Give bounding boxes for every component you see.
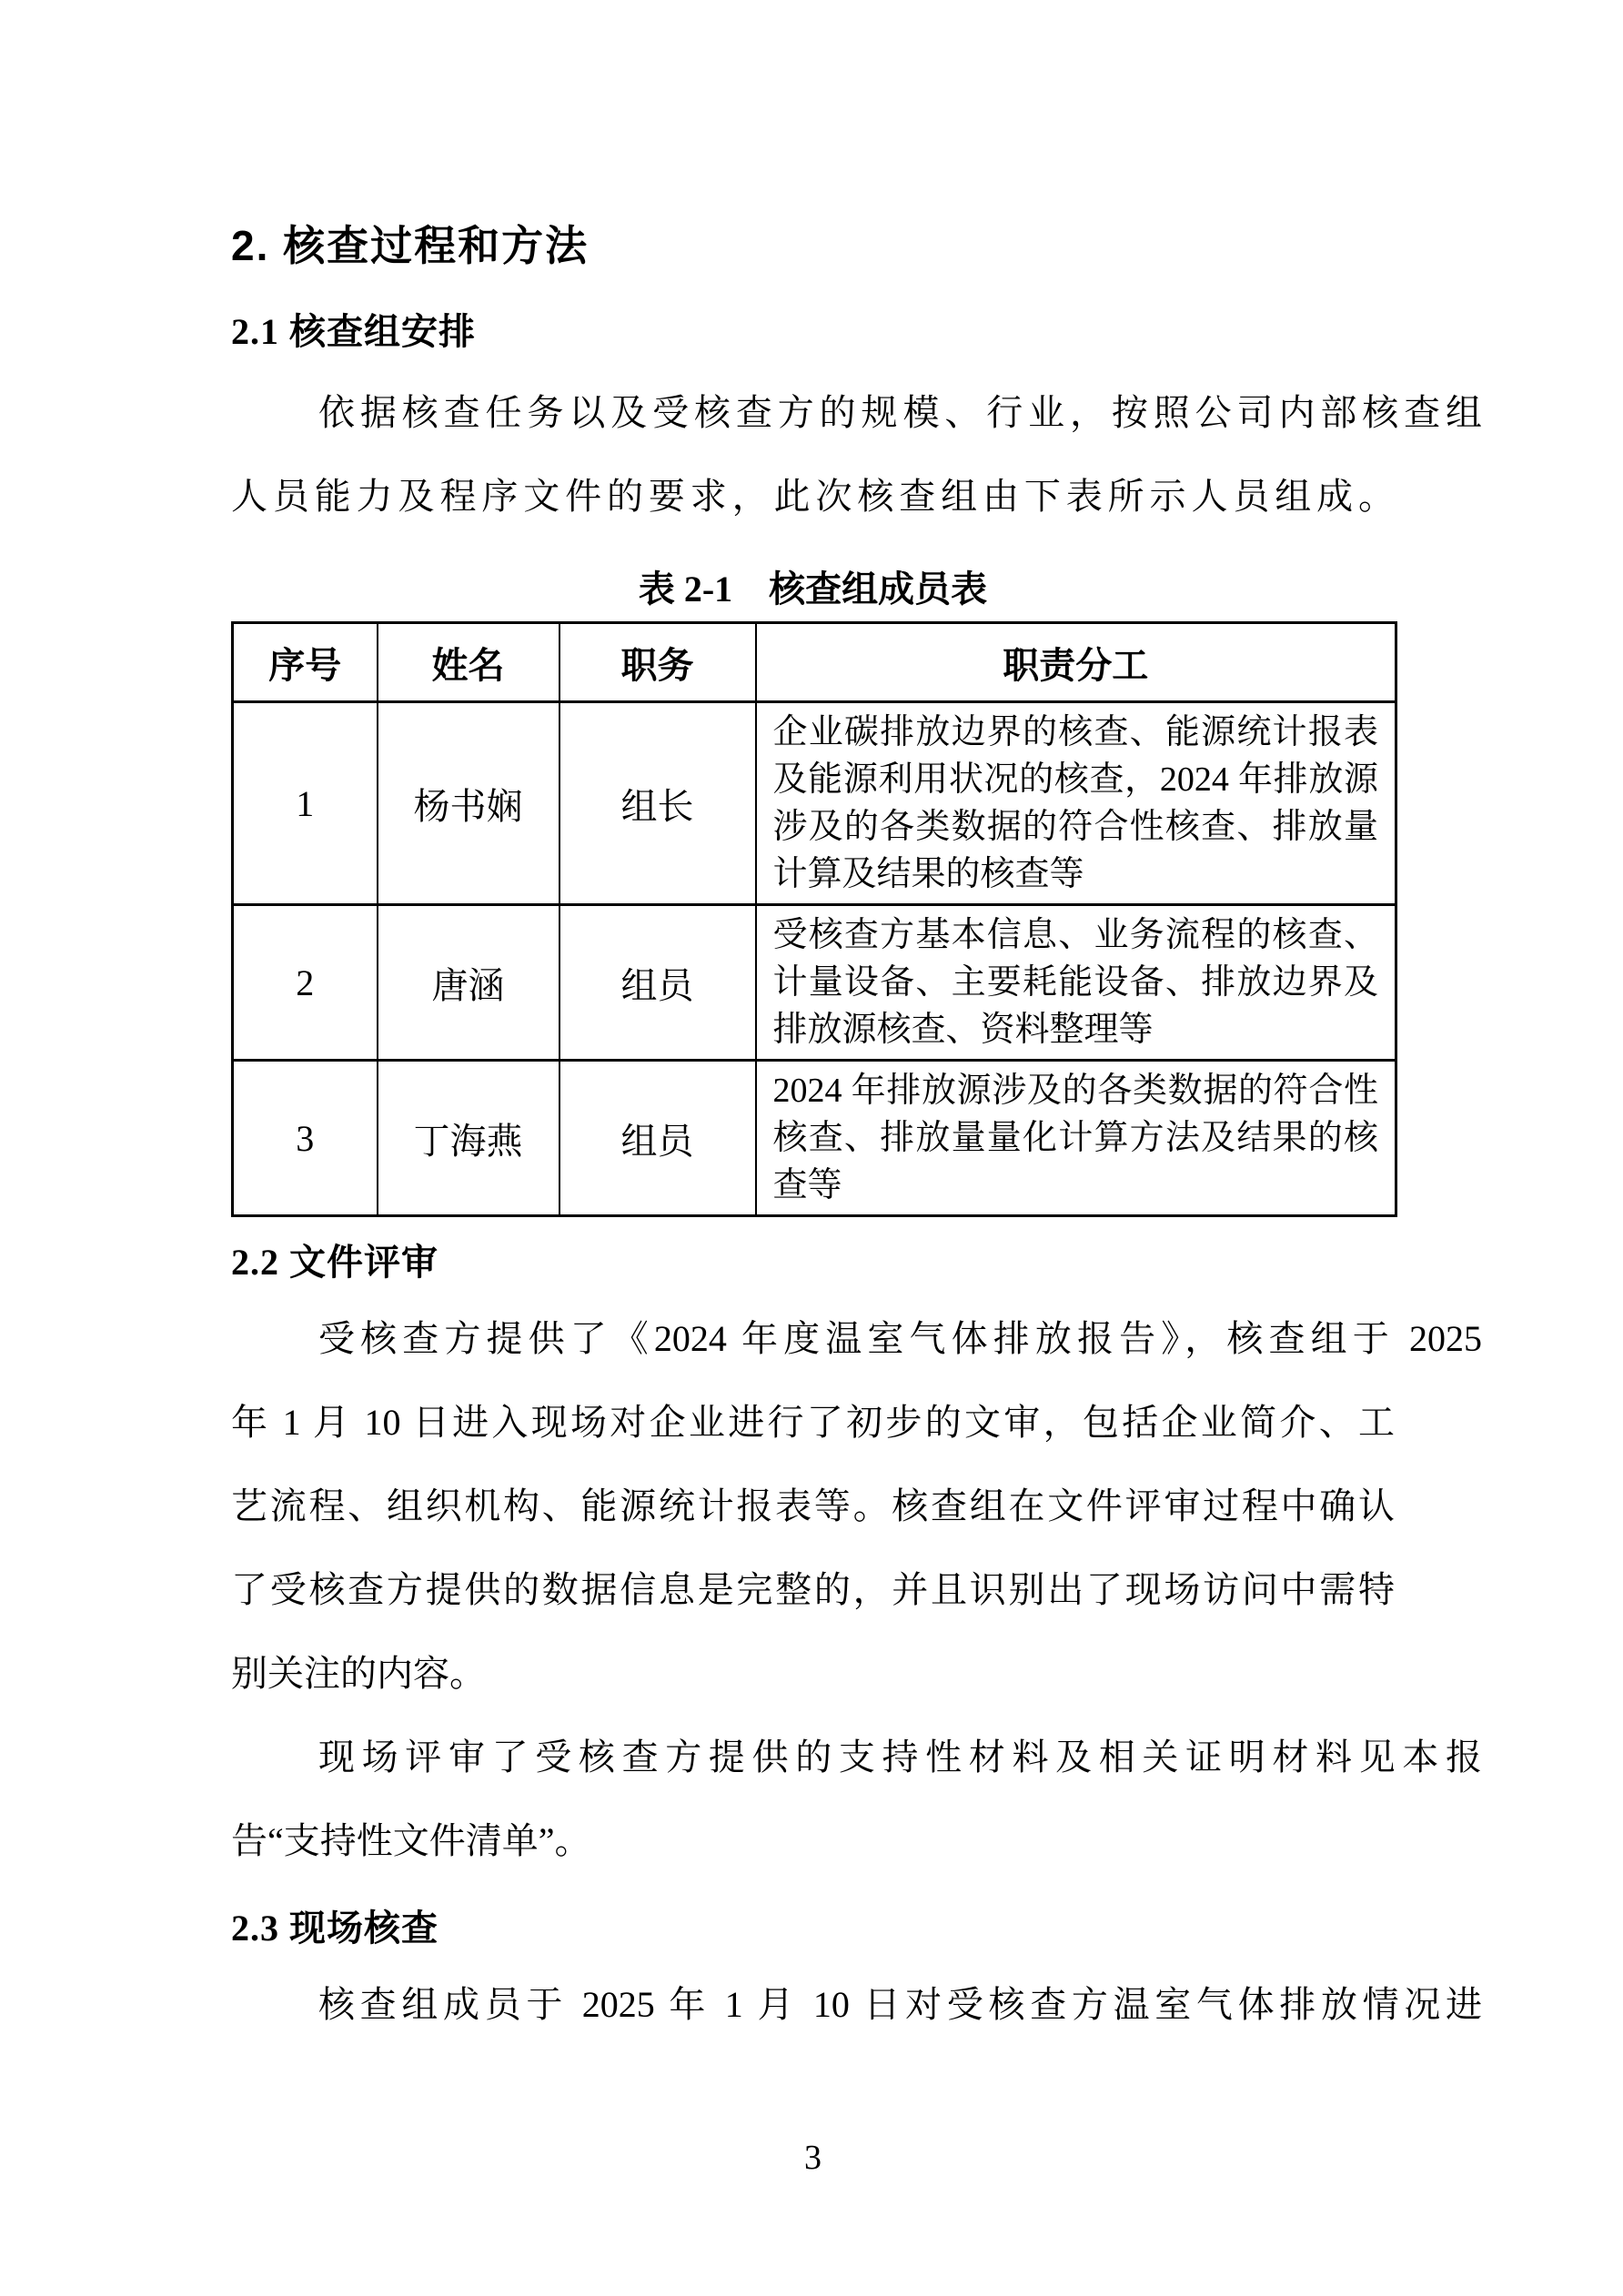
- table-cell-name: 唐涵: [378, 905, 559, 1061]
- table-header-name: 姓名: [378, 623, 559, 702]
- table-cell-serial: 3: [233, 1061, 378, 1216]
- table-cell-duties: 2024 年排放源涉及的各类数据的符合性核查、排放量量化计算方法及结果的核查等: [756, 1061, 1396, 1216]
- paragraph-line: 了受核查方提供的数据信息是完整的，并且识别出了现场访问中需特: [231, 1568, 1395, 1612]
- paragraph-line: 告“支持性文件清单”。: [231, 1819, 1395, 1863]
- paragraph-line: 年 1 月 10 日进入现场对企业进行了初步的文审，包括企业简介、工: [231, 1401, 1395, 1445]
- table-row: 2 唐涵 组员 受核查方基本信息、业务流程的核查、计量设备、主要耗能设备、排放边…: [233, 905, 1396, 1061]
- table-2-1-caption: 表 2-1 核查组成员表: [231, 560, 1395, 612]
- table-cell-role: 组员: [559, 1061, 756, 1216]
- table-cell-name: 丁海燕: [378, 1061, 559, 1216]
- report-page: 2. 核查过程和方法 2.1 核查组安排 依据核查任务以及受核查方的规模、行业，…: [0, 0, 1623, 2296]
- section-heading-2: 2. 核查过程和方法: [231, 213, 1395, 273]
- paragraph-line: 核查组成员于 2025 年 1 月 10 日对受核查方温室气体排放情况进: [231, 1983, 1482, 2027]
- table-cell-duties: 受核查方基本信息、业务流程的核查、计量设备、主要耗能设备、排放边界及排放源核查、…: [756, 905, 1396, 1061]
- paragraph-line: 受核查方提供了《2024 年度温室气体排放报告》，核查组于 2025: [231, 1317, 1482, 1361]
- table-row: 1 杨书娴 组长 企业碳排放边界的核查、能源统计报表及能源利用状况的核查，202…: [233, 702, 1396, 905]
- paragraph-line: 现场评审了受核查方提供的支持性材料及相关证明材料见本报: [231, 1736, 1482, 1779]
- table-header-serial: 序号: [233, 623, 378, 702]
- table-cell-role: 组员: [559, 905, 756, 1061]
- paragraph-line: 人员能力及程序文件的要求，此次核查组由下表所示人员组成。: [231, 475, 1395, 519]
- subsection-heading-2-2: 2.2 文件评审: [231, 1234, 1395, 1285]
- table-cell-name: 杨书娴: [378, 702, 559, 905]
- paragraph-line: 依据核查任务以及受核查方的规模、行业，按照公司内部核查组: [231, 391, 1482, 435]
- table-header-role: 职务: [559, 623, 756, 702]
- subsection-heading-2-3: 2.3 现场核查: [231, 1899, 1395, 1951]
- table-cell-serial: 2: [233, 905, 378, 1061]
- table-header-row: 序号 姓名 职务 职责分工: [233, 623, 1396, 702]
- table-cell-duties: 企业碳排放边界的核查、能源统计报表及能源利用状况的核查，2024 年排放源涉及的…: [756, 702, 1396, 905]
- verification-team-table: 序号 姓名 职务 职责分工 1 杨书娴 组长 企业碳排放边界的核查、能源统计报表…: [231, 621, 1397, 1217]
- table-row: 3 丁海燕 组员 2024 年排放源涉及的各类数据的符合性核查、排放量量化计算方…: [233, 1061, 1396, 1216]
- subsection-heading-2-1: 2.1 核查组安排: [231, 303, 1395, 355]
- paragraph-line: 艺流程、组织机构、能源统计报表等。核查组在文件评审过程中确认: [231, 1485, 1395, 1528]
- table-header-duties: 职责分工: [756, 623, 1396, 702]
- table-cell-role: 组长: [559, 702, 756, 905]
- page-number: 3: [231, 2138, 1395, 2178]
- table-cell-serial: 1: [233, 702, 378, 905]
- paragraph-line: 别关注的内容。: [231, 1652, 1395, 1696]
